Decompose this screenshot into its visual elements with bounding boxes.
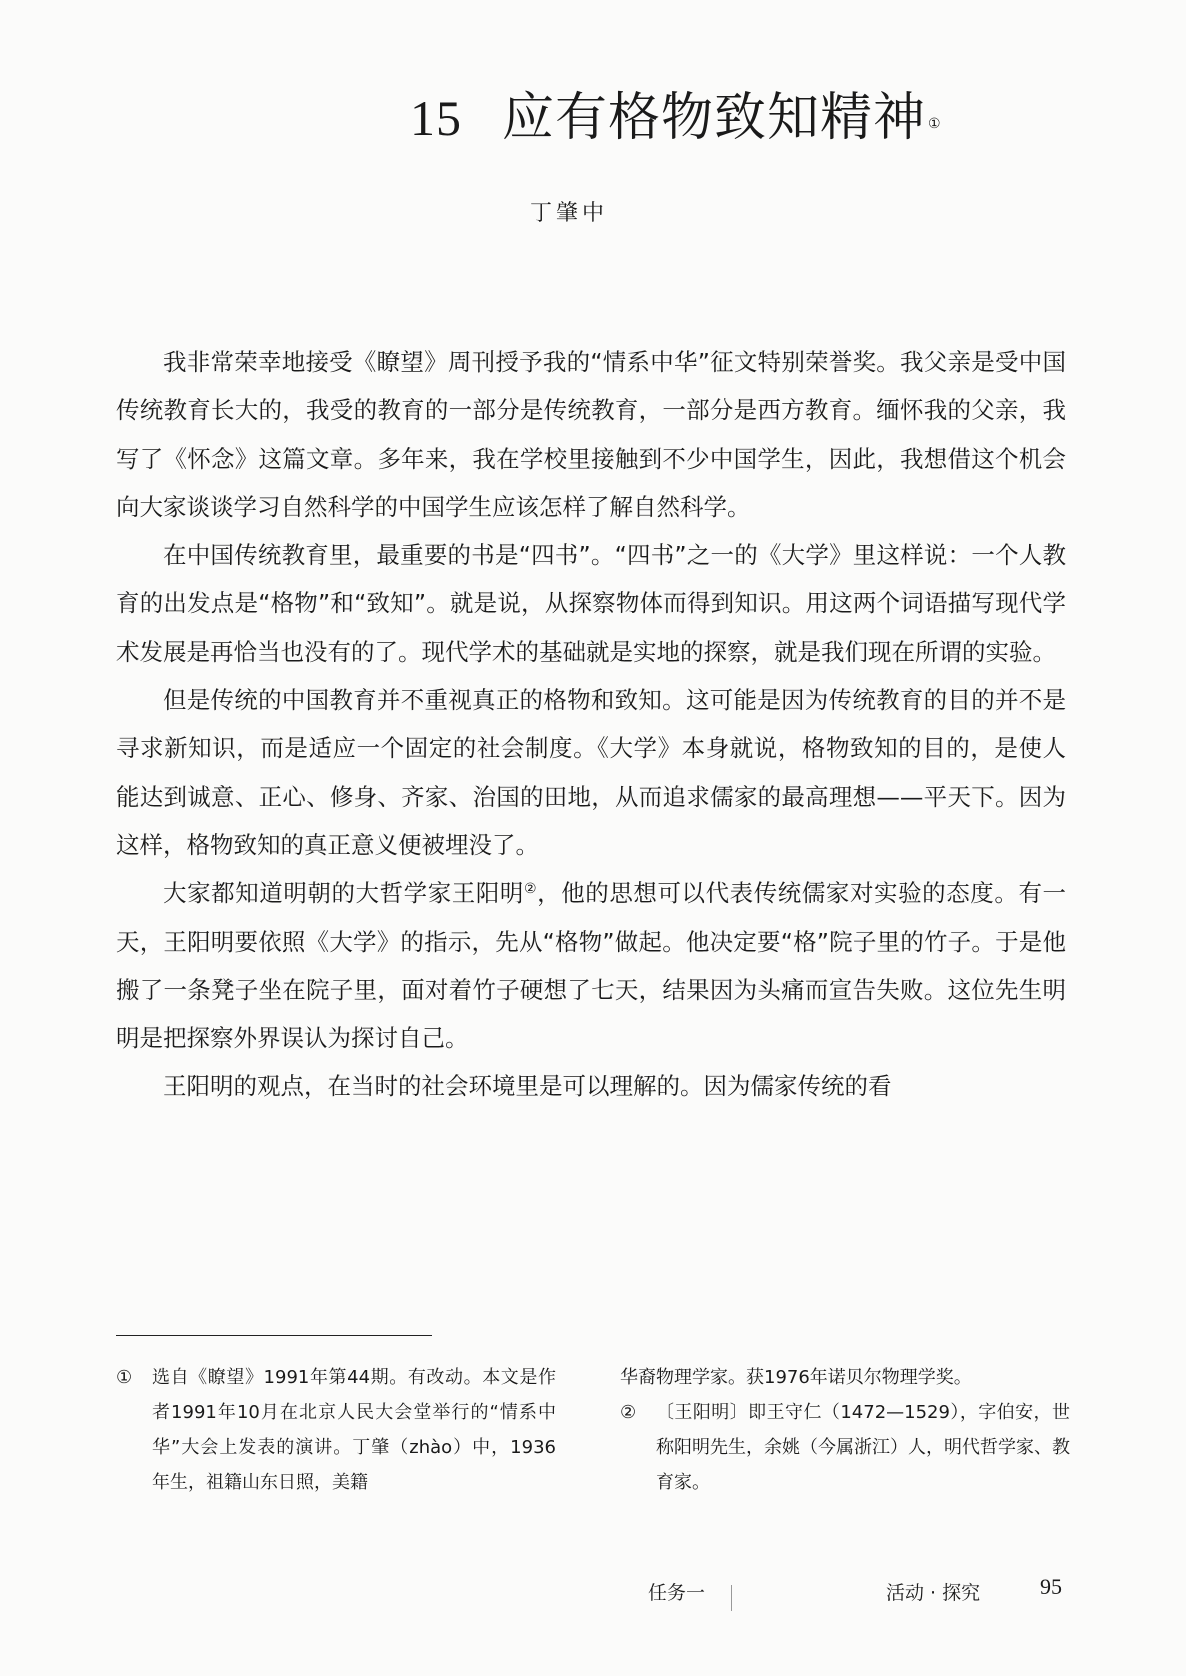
footer-section-label: 活动 · 探究: [886, 1578, 980, 1605]
paragraph: 但是传统的中国教育并不重视真正的格物和致知。这可能是因为传统教育的目的并不是寻求…: [116, 676, 1066, 869]
author-name: 丁肇中: [530, 196, 608, 227]
page-number: 95: [1040, 1574, 1062, 1600]
footer-task-label: 任务一: [648, 1578, 705, 1605]
paragraph: 王阳明的观点，在当时的社会环境里是可以理解的。因为儒家传统的看: [116, 1062, 1066, 1110]
paragraph-text: 大家都知道明朝的大哲学家王阳明: [163, 879, 524, 907]
footnote-2: ② 〔王阳明〕即王守仁（1472—1529），字伯安，世称阳明先生，余姚（今属浙…: [620, 1395, 1070, 1500]
article-body: 我非常荣幸地接受《瞭望》周刊授予我的“情系中华”征文特别荣誉奖。我父亲是受中国传…: [116, 338, 1066, 1111]
paragraph: 我非常荣幸地接受《瞭望》周刊授予我的“情系中华”征文特别荣誉奖。我父亲是受中国传…: [116, 338, 1066, 531]
footnote-text: 选自《瞭望》1991年第44期。有改动。本文是作者1991年10月在北京人民大会…: [152, 1360, 556, 1500]
title-note-marker[interactable]: ①: [928, 116, 942, 132]
lesson-number: 15: [410, 90, 462, 146]
paragraph: 大家都知道明朝的大哲学家王阳明②，他的思想可以代表传统儒家对实验的态度。有一天，…: [116, 869, 1066, 1062]
footnote-text: 〔王阳明〕即王守仁（1472—1529），字伯安，世称阳明先生，余姚（今属浙江）…: [656, 1395, 1070, 1500]
paragraph: 在中国传统教育里，最重要的书是“四书”。“四书”之一的《大学》里这样说：一个人教…: [116, 531, 1066, 676]
footnote-ref-2[interactable]: ②: [524, 881, 537, 897]
lesson-title-text: 应有格物致知精神: [502, 88, 926, 148]
footnote-1-continuation: 华裔物理学家。获1976年诺贝尔物理学奖。: [620, 1360, 1070, 1395]
lesson-title: 15应有格物致知精神①: [410, 88, 942, 148]
footnote-divider: [116, 1335, 432, 1336]
footnote-1: ① 选自《瞭望》1991年第44期。有改动。本文是作者1991年10月在北京人民…: [116, 1360, 556, 1500]
footer-divider: [731, 1585, 732, 1611]
footnote-text: 华裔物理学家。获1976年诺贝尔物理学奖。: [620, 1360, 1070, 1395]
footnotes-left-column: ① 选自《瞭望》1991年第44期。有改动。本文是作者1991年10月在北京人民…: [116, 1360, 556, 1500]
footnotes-right-column: 华裔物理学家。获1976年诺贝尔物理学奖。 ② 〔王阳明〕即王守仁（1472—1…: [620, 1360, 1070, 1500]
footnote-marker: ②: [620, 1395, 656, 1500]
footnote-marker: ①: [116, 1360, 152, 1500]
